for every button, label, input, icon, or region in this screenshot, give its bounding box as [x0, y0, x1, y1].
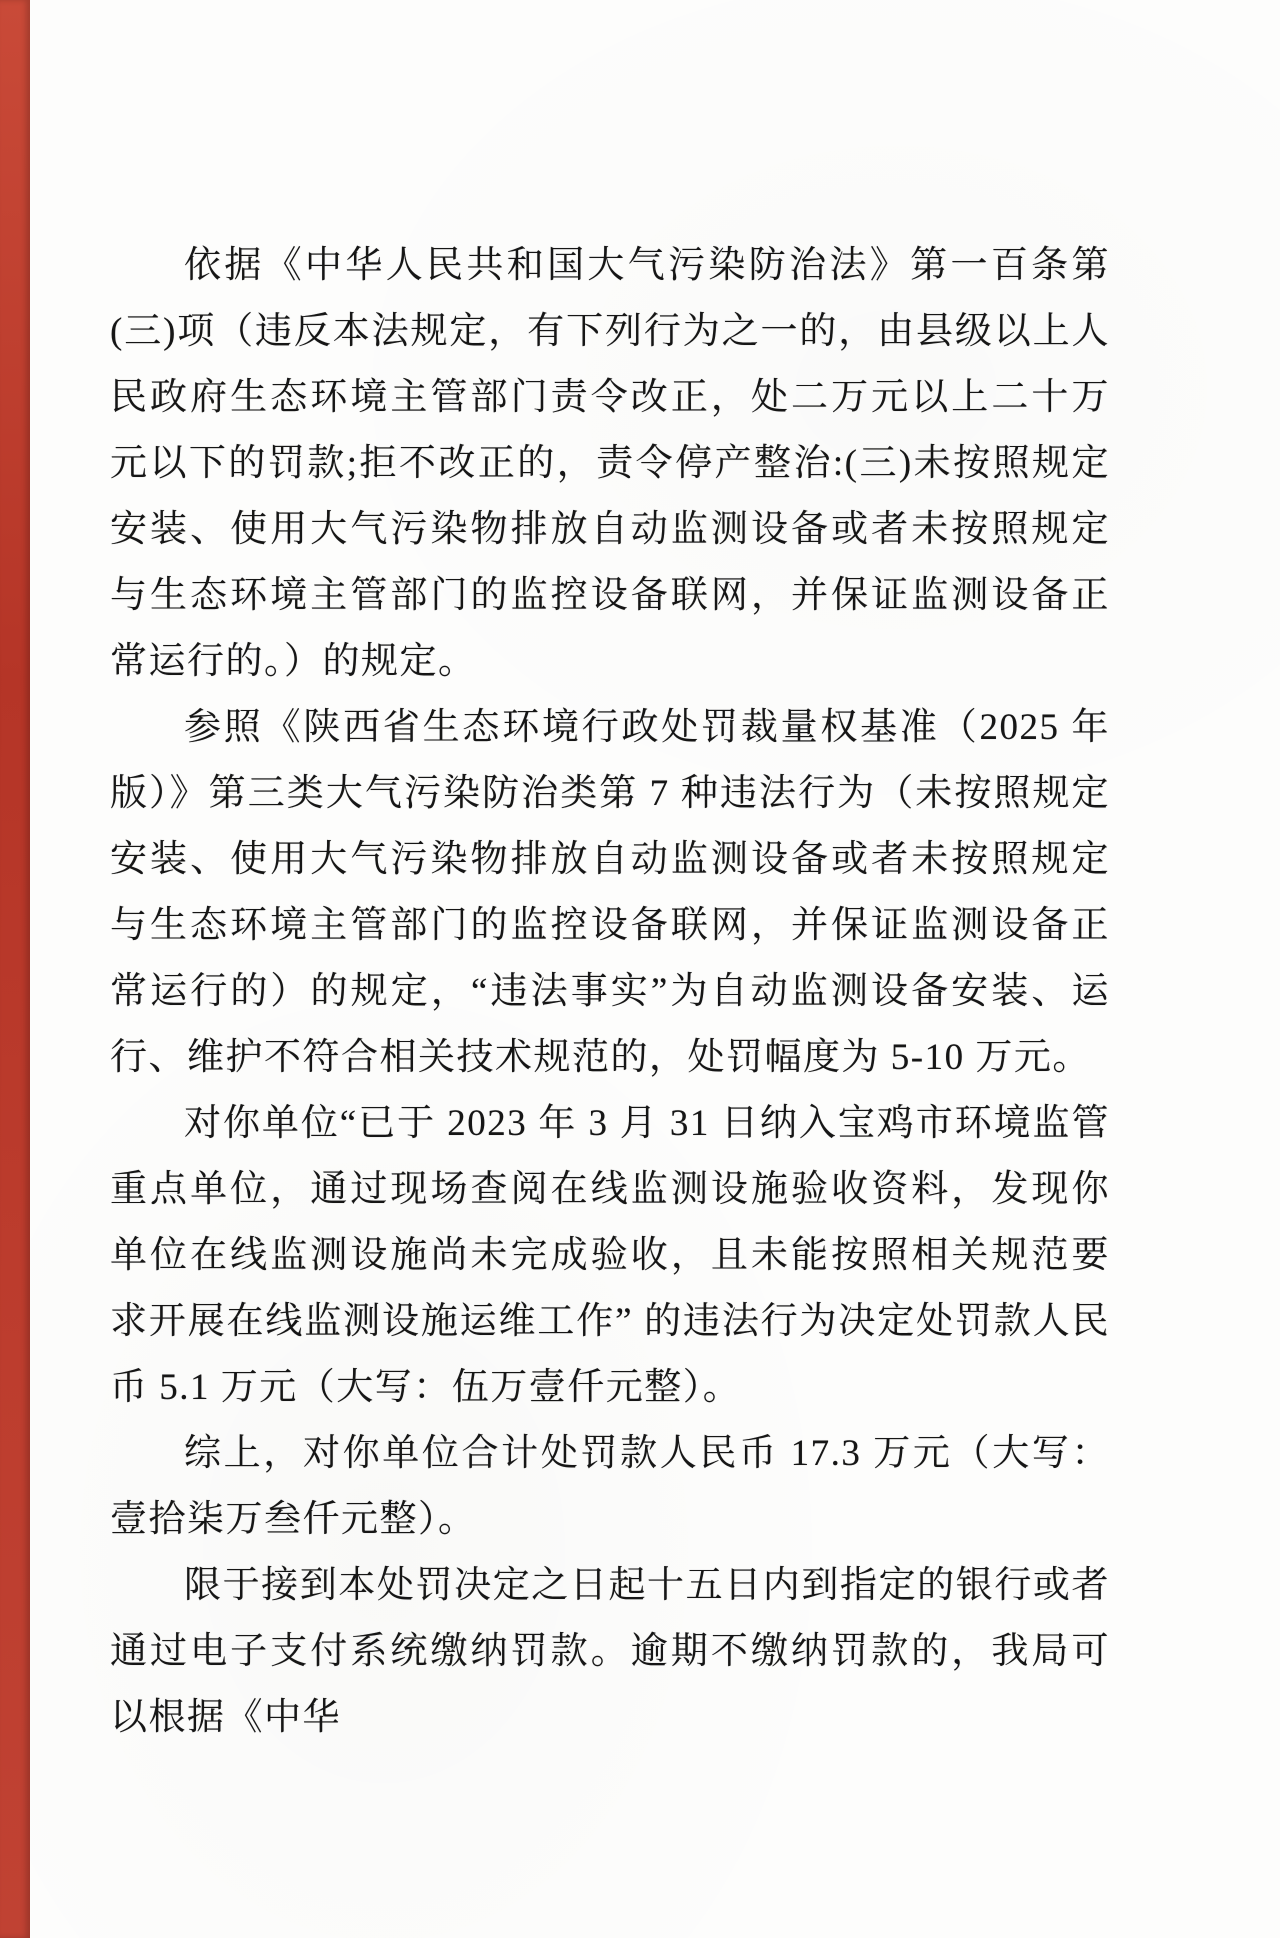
paragraph-fine-decision: 对你单位“已于 2023 年 3 月 31 日纳入宝鸡市环境监管重点单位，通过现…	[110, 1091, 1110, 1421]
paragraph-legal-basis: 依据《中华人民共和国大气污染防治法》第一百条第(三)项（违反本法规定，有下列行为…	[110, 233, 1110, 695]
document-body-text: 依据《中华人民共和国大气污染防治法》第一百条第(三)项（违反本法规定，有下列行为…	[110, 233, 1110, 1751]
paragraph-total-fine: 综上，对你单位合计处罚款人民币 17.3 万元（大写：壹拾柒万叁仟元整）。	[110, 1421, 1110, 1553]
scanned-page: 依据《中华人民共和国大气污染防治法》第一百条第(三)项（违反本法规定，有下列行为…	[0, 0, 1280, 1938]
page-left-edge-strip	[0, 0, 30, 1938]
paragraph-discretion-benchmark: 参照《陕西省生态环境行政处罚裁量权基准（2025 年版）》第三类大气污染防治类第…	[110, 695, 1110, 1091]
paragraph-payment-instructions: 限于接到本处罚决定之日起十五日内到指定的银行或者通过电子支付系统缴纳罚款。逾期不…	[110, 1553, 1110, 1751]
